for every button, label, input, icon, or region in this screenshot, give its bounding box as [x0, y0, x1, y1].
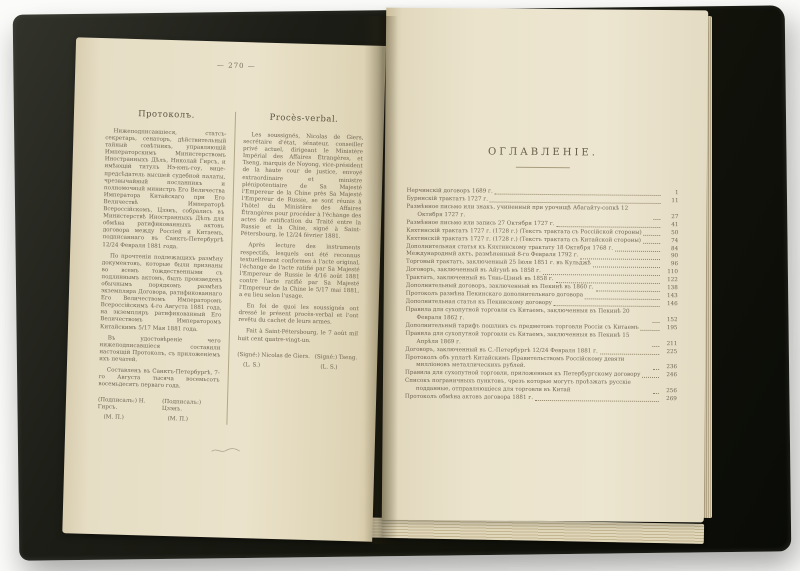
toc-dot-leader	[495, 193, 661, 196]
toc-page-number: 90	[662, 254, 678, 262]
toc-entry-label: Списокъ пограничныхъ пунктовъ, чрезъ кот…	[405, 378, 651, 395]
signature-block: (Подписалъ:) Н. Гирсъ. (М. П.)	[97, 397, 162, 423]
toc-page-number: 11	[663, 198, 679, 206]
right-page-content: ОГЛАВЛЕНІЕ. Нерчинскій договоръ 1689 г. …	[383, 8, 708, 404]
signature-line: (Signé:) Tseng.	[315, 354, 358, 362]
french-paragraphs: Les soussignés, Nicolas de Giers, secrét…	[238, 132, 364, 346]
toc-dot-leader	[543, 273, 660, 276]
paragraph: Нижеподписавшіеся, статсъ-секретарь, сен…	[102, 128, 226, 252]
toc-page-number: 96	[662, 261, 678, 269]
toc-entry-label: Протоколъ объ уплатѣ Китайскимъ Правител…	[405, 354, 651, 371]
toc-entry: Правила для сухопутной торговли съ Китае…	[405, 307, 677, 325]
toc-page-number: 146	[662, 301, 678, 309]
toc-page-number: 110	[662, 269, 678, 277]
toc-page-number: 269	[661, 396, 677, 404]
toc-page-number: 41	[662, 222, 678, 230]
signature-line: (Подписалъ:) Н. Гирсъ.	[98, 397, 163, 413]
signature-block: (Подписалъ:) Цзэнъ. (М. П.)	[162, 399, 220, 425]
toc-entry: Списокъ пограничныхъ пунктовъ, чрезъ кот…	[405, 378, 677, 396]
toc-page-number: 27	[662, 214, 678, 222]
paragraph: Составленъ въ Санктъ-Петербургѣ, 7-го Ав…	[98, 367, 220, 392]
seal-line: (М. П.)	[162, 416, 219, 425]
seal-line: (L. S.)	[314, 364, 357, 372]
tailpiece-ornament-icon	[211, 447, 241, 456]
paragraph: По прочтеніи подлежащихъ размѣну докумен…	[100, 253, 223, 334]
french-column-title: Procès-verbal.	[244, 112, 364, 125]
paragraph: Fait à Saint-Pétersbourg, le 7 août mil …	[238, 328, 358, 346]
toc-entry-label: Правила для сухопутной торговли съ Китае…	[405, 307, 650, 324]
page-number-header: — 270 —	[99, 58, 373, 74]
toc-dot-leader	[652, 345, 659, 347]
toc-dot-leader	[652, 321, 659, 323]
russian-signatures: (Подписалъ:) Н. Гирсъ. (М. П.) (Подписал…	[97, 397, 219, 424]
protocol-columns: Протоколъ. Нижеподписавшіеся, статсъ-сек…	[89, 108, 372, 429]
toc-dot-leader	[653, 218, 660, 220]
paragraph: Les soussignés, Nicolas de Giers, secrét…	[241, 132, 364, 242]
heading-rule	[516, 167, 570, 168]
left-page-content: — 270 — Протоколъ. Нижеподписавшіеся, ст…	[65, 37, 386, 459]
toc-dot-leader	[580, 257, 660, 260]
signature-block: (Signé:) Nicolas de Giers. (L. S.)	[237, 352, 310, 371]
book-photo-scene: — 270 — Протоколъ. Нижеподписавшіеся, ст…	[0, 0, 800, 571]
toc-entry: Правила для сухопутной торговли съ Китае…	[405, 331, 677, 349]
toc-dot-leader	[641, 329, 660, 331]
toc-entry-label: Нерчинскій договоръ 1689 г.	[407, 188, 493, 196]
toc-dot-leader	[556, 281, 660, 284]
russian-column-title: Протоколъ.	[106, 108, 227, 121]
toc-dot-leader	[554, 305, 660, 308]
toc-dot-leader	[642, 376, 659, 378]
toc-page-number: 236	[661, 364, 677, 372]
toc-heading: ОГЛАВЛЕНІЕ.	[407, 146, 679, 159]
toc-page-number: 225	[661, 349, 677, 357]
right-page: ОГЛАВЛЕНІЕ. Нерчинскій договоръ 1689 г. …	[382, 8, 708, 523]
toc-dot-leader	[593, 265, 660, 268]
paragraph: En foi de quoi les soussignés ont dressé…	[238, 303, 359, 328]
signature-line: (Подписалъ:) Цзэнъ.	[162, 399, 219, 415]
toc-page-number: 246	[661, 372, 677, 380]
toc-dot-leader	[600, 352, 659, 355]
russian-column: Протоколъ. Нижеподписавшіеся, статсъ-сек…	[89, 108, 235, 425]
toc-page-number: 1	[663, 190, 679, 198]
toc-page-number: 122	[662, 277, 678, 285]
toc-entry-label: Протоколъ обмѣна актовъ договора 1881 г.	[405, 393, 533, 402]
toc-dot-leader	[644, 233, 661, 235]
paragraph: Après lecture des instruments respectifs…	[239, 242, 361, 302]
toc-page-number: 84	[662, 246, 678, 254]
toc-dot-leader	[535, 399, 659, 402]
toc-dot-leader	[490, 201, 661, 204]
toc-page-number: 256	[661, 388, 677, 396]
toc-page-number: 152	[661, 317, 677, 325]
toc-page-number: 74	[662, 238, 678, 246]
paragraph: Въ удостовѣреніе чего нижеподписавшіеся …	[99, 335, 221, 367]
french-signatures: (Signé:) Nicolas de Giers. (L. S.) (Sign…	[237, 352, 357, 372]
toc-entry-label: Правила для сухопутной торговли съ Китае…	[405, 331, 650, 348]
toc-page-number: 50	[662, 230, 678, 238]
toc-entry-label: Буринскій трактатъ 1727 г.	[407, 196, 489, 204]
toc-dot-leader	[653, 368, 659, 370]
seal-line: (L. S.)	[237, 362, 310, 371]
toc-list: Нерчинскій договоръ 1689 г. 1 Буринскій …	[405, 188, 679, 404]
seal-line: (М. П.)	[97, 414, 161, 423]
russian-paragraphs: Нижеподписавшіеся, статсъ-секретарь, сен…	[98, 128, 226, 392]
french-column: Procès-verbal. Les soussignés, Nicolas d…	[226, 112, 372, 429]
left-page: — 270 — Протоколъ. Нижеподписавшіеся, ст…	[62, 37, 386, 541]
toc-page-number: 138	[662, 285, 678, 293]
signature-block: (Signé:) Tseng. (L. S.)	[314, 354, 357, 372]
toc-dot-leader	[615, 249, 660, 251]
toc-dot-leader	[585, 297, 660, 300]
toc-page-number: 143	[662, 293, 678, 301]
toc-entry: Размѣнное письмо или знакъ, учиненный пр…	[406, 204, 678, 222]
toc-dot-leader	[596, 289, 660, 292]
toc-page-number: 195	[661, 325, 677, 333]
toc-dot-leader	[556, 225, 660, 228]
toc-dot-leader	[643, 241, 660, 243]
signature-line: (Signé:) Nicolas de Giers.	[237, 352, 310, 361]
toc-dot-leader	[653, 392, 659, 394]
toc-entry-label: Размѣнное письмо или знакъ, учиненный пр…	[406, 204, 651, 221]
toc-page-number: 211	[661, 341, 677, 349]
